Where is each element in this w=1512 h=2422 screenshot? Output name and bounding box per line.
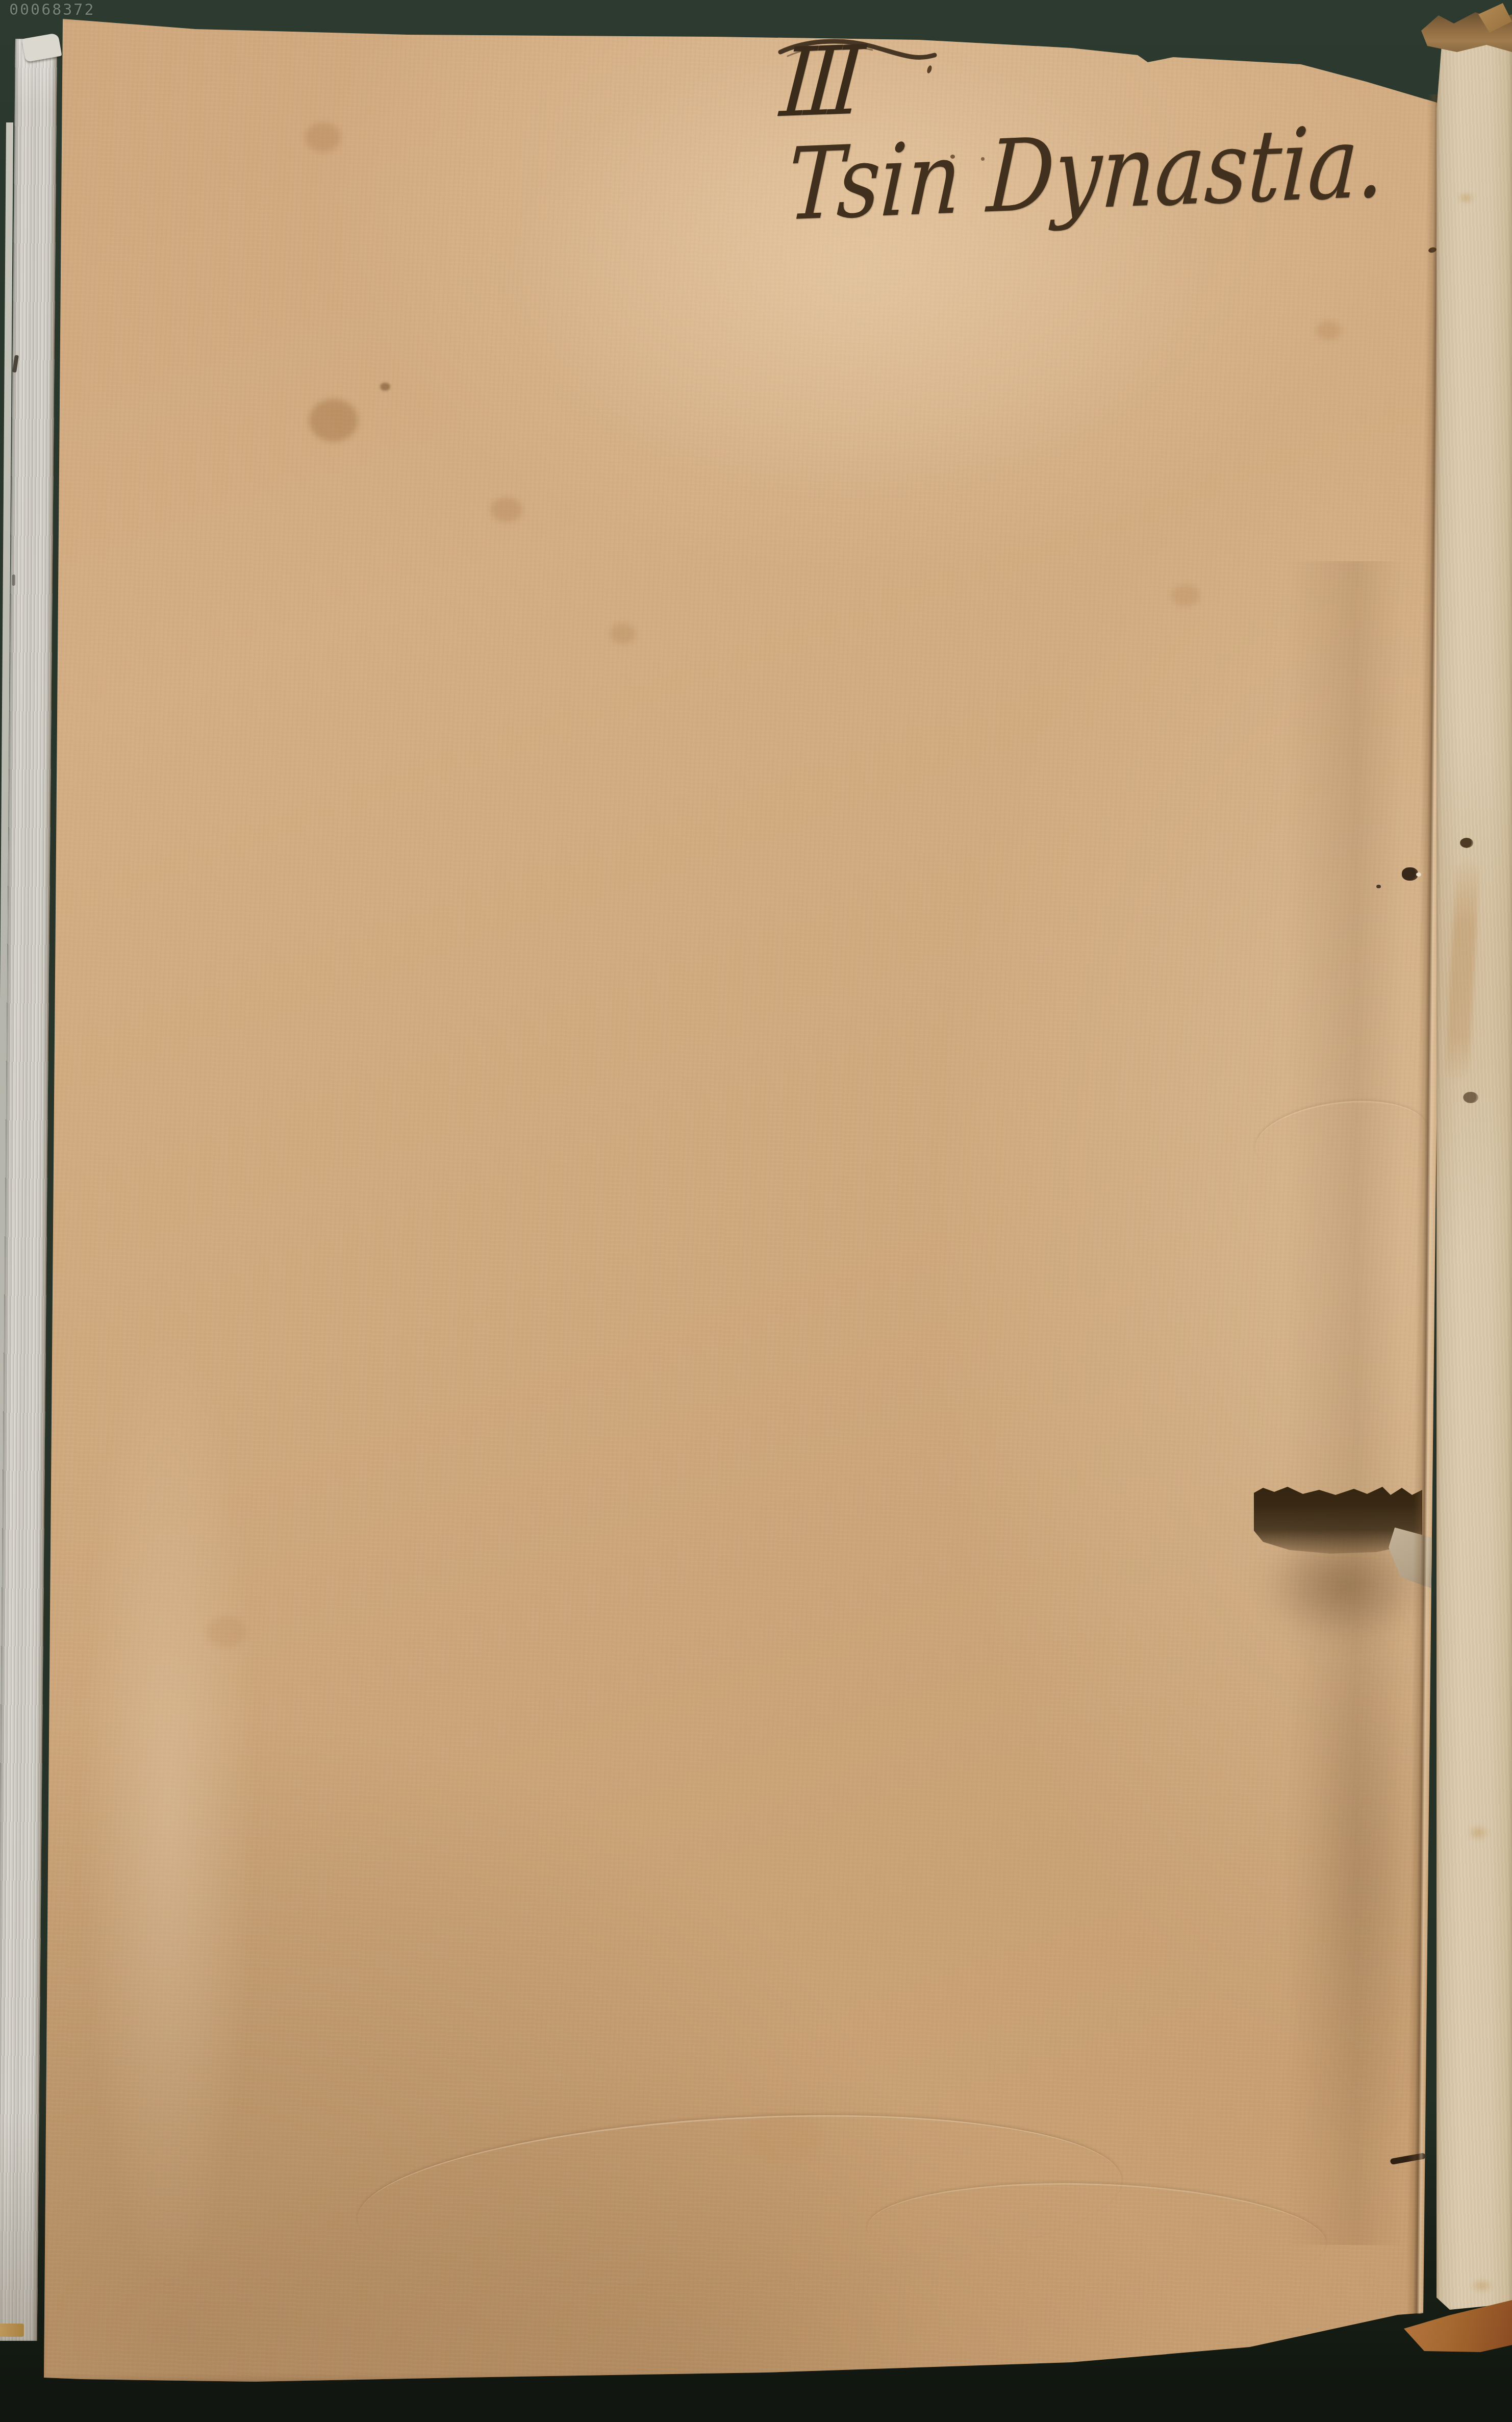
gutter-spot — [1467, 1824, 1490, 1841]
gutter-hole — [1460, 838, 1473, 848]
stain — [206, 1616, 246, 1647]
stain — [1171, 585, 1200, 606]
gutter-hole — [1463, 1092, 1478, 1103]
edge-strip-mark — [12, 355, 19, 373]
adjacent-page-edge — [1437, 38, 1512, 2310]
dirt-speck — [1376, 885, 1381, 888]
handwritten-title: Tsin Dynastia. — [785, 107, 1387, 240]
stain — [380, 383, 390, 391]
wrinkle-line — [1251, 1092, 1432, 1185]
gutter-spot — [1470, 2278, 1494, 2293]
gutter-stain-drip — [1445, 860, 1480, 1081]
gutter-spot — [1457, 191, 1475, 205]
stain — [1316, 321, 1341, 340]
notch-soft-shadow — [1306, 1582, 1423, 2143]
stain — [610, 623, 636, 644]
stain — [305, 122, 341, 152]
wrinkle-line — [866, 2176, 1328, 2295]
book-page: III Tsin Dynastia. — [39, 15, 1445, 2385]
edge-strip-debris — [0, 2324, 24, 2337]
stain — [491, 497, 522, 522]
book-scan: III Tsin Dynastia. — [0, 0, 1512, 2422]
paper-light-band — [82, 1327, 255, 2296]
stain — [309, 399, 358, 442]
edge-strip-mark — [12, 575, 15, 586]
